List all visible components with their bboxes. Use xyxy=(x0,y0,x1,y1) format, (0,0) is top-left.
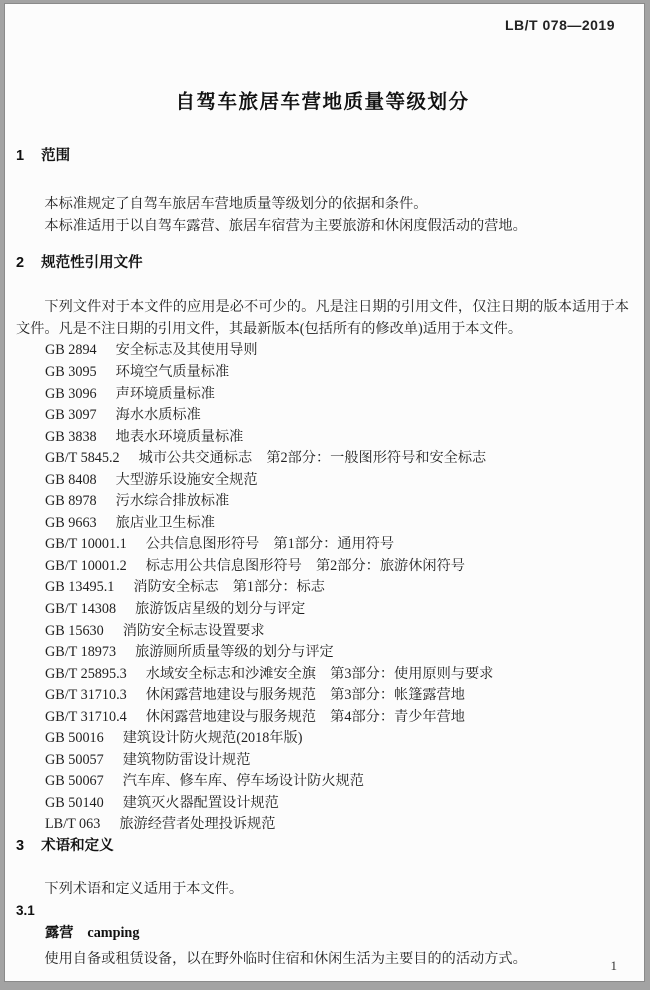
reference-code: GB/T 10001.2 xyxy=(45,556,127,578)
reference-item: GB/T 31710.4休闲露营地建设与服务规范 第4部分：青少年营地 xyxy=(16,707,629,729)
reference-title: 建筑灭火器配置设计规范 xyxy=(123,795,279,811)
section-1-heading: 1范围 xyxy=(16,148,629,164)
reference-list: GB 2894安全标志及其使用导则 GB 3095环境空气质量标准 GB 309… xyxy=(16,340,629,836)
reference-title: 安全标志及其使用导则 xyxy=(116,342,258,358)
reference-code: GB/T 5845.2 xyxy=(45,448,120,470)
reference-item: GB 13495.1消防安全标志 第1部分：标志 xyxy=(16,577,629,599)
reference-item: GB/T 25895.3水域安全标志和沙滩安全旗 第3部分：使用原则与要求 xyxy=(16,664,629,686)
reference-title: 建筑物防雷设计规范 xyxy=(123,752,251,768)
reference-title: 旅店业卫生标准 xyxy=(116,515,215,531)
section-3-heading: 3术语和定义 xyxy=(16,838,629,854)
reference-item: GB 50016建筑设计防火规范(2018年版) xyxy=(16,728,629,750)
section-1-number: 1 xyxy=(16,148,24,164)
reference-code: GB 50140 xyxy=(45,793,104,815)
reference-item: GB 3096声环境质量标准 xyxy=(16,384,629,406)
reference-code: GB/T 25895.3 xyxy=(45,664,127,686)
reference-code: GB 3095 xyxy=(45,362,97,384)
reference-title: 消防安全标志 第1部分：标志 xyxy=(133,579,325,595)
reference-code: GB 3097 xyxy=(45,405,97,427)
reference-title: 海水水质标准 xyxy=(116,407,201,423)
reference-item: GB/T 10001.2标志用公共信息图形符号 第2部分：旅游休闲符号 xyxy=(16,556,629,578)
reference-title: 汽车库、修车库、停车场设计防火规范 xyxy=(123,773,364,789)
reference-code: GB 50067 xyxy=(45,771,104,793)
page-title: 自驾车旅居车营地质量等级划分 xyxy=(16,88,629,116)
term-english: camping xyxy=(87,925,139,941)
reference-title: 休闲露营地建设与服务规范 第3部分：帐篷露营地 xyxy=(146,687,465,703)
reference-item: GB 15630消防安全标志设置要求 xyxy=(16,621,629,643)
reference-code: GB 2894 xyxy=(45,340,97,362)
reference-code: GB 8978 xyxy=(45,491,97,513)
reference-title: 休闲露营地建设与服务规范 第4部分：青少年营地 xyxy=(146,709,465,725)
term-clause-number: 3.1 xyxy=(16,903,629,919)
reference-title: 公共信息图形符号 第1部分：通用符号 xyxy=(146,536,394,552)
reference-title: 旅游饭店星级的划分与评定 xyxy=(135,601,305,617)
reference-code: GB/T 31710.4 xyxy=(45,707,127,729)
reference-title: 声环境质量标准 xyxy=(116,386,215,402)
section-1-title: 范围 xyxy=(41,148,70,164)
reference-title: 大型游乐设施安全规范 xyxy=(116,472,258,488)
reference-item: GB 8408大型游乐设施安全规范 xyxy=(16,470,629,492)
term-entry: 露营camping xyxy=(16,924,629,942)
reference-code: GB 15630 xyxy=(45,621,104,643)
reference-code: GB 3838 xyxy=(45,427,97,449)
reference-item: GB/T 31710.3休闲露营地建设与服务规范 第3部分：帐篷露营地 xyxy=(16,685,629,707)
document-page: LB/T 078—2019 自驾车旅居车营地质量等级划分 1范围 本标准规定了自… xyxy=(4,3,645,982)
reference-title: 建筑设计防火规范(2018年版) xyxy=(123,730,303,746)
reference-item: GB 50140建筑灭火器配置设计规范 xyxy=(16,793,629,815)
reference-item: GB/T 18973旅游厕所质量等级的划分与评定 xyxy=(16,642,629,664)
reference-item: GB/T 14308旅游饭店星级的划分与评定 xyxy=(16,599,629,621)
reference-code: GB 13495.1 xyxy=(45,577,114,599)
reference-code: GB/T 31710.3 xyxy=(45,685,127,707)
reference-title: 旅游厕所质量等级的划分与评定 xyxy=(135,644,334,660)
reference-item: GB/T 10001.1公共信息图形符号 第1部分：通用符号 xyxy=(16,534,629,556)
section-2-intro-paragraph: 下列文件对于本文件的应用是必不可少的。凡是注日期的引用文件，仅注日期的版本适用于… xyxy=(16,296,629,341)
reference-code: GB 50016 xyxy=(45,728,104,750)
section-3-intro-paragraph: 下列术语和定义适用于本文件。 xyxy=(16,878,629,900)
reference-title: 水域安全标志和沙滩安全旗 第3部分：使用原则与要求 xyxy=(146,666,494,682)
reference-title: 地表水环境质量标准 xyxy=(116,429,244,445)
section-2-heading: 2规范性引用文件 xyxy=(16,255,629,271)
section-2-title: 规范性引用文件 xyxy=(41,255,143,271)
reference-title: 消防安全标志设置要求 xyxy=(123,623,265,639)
reference-title: 旅游经营者处理投诉规范 xyxy=(119,816,275,832)
reference-title: 城市公共交通标志 第2部分：一般图形符号和安全标志 xyxy=(139,450,487,466)
reference-code: GB 8408 xyxy=(45,470,97,492)
reference-title: 污水综合排放标准 xyxy=(116,493,230,509)
term-chinese: 露营 xyxy=(45,925,73,941)
section-3-number: 3 xyxy=(16,838,24,854)
reference-code: GB 50057 xyxy=(45,750,104,772)
paragraph: 本标准规定了自驾车旅居车营地质量等级划分的依据和条件。 xyxy=(16,193,629,215)
reference-item: GB 50057建筑物防雷设计规范 xyxy=(16,750,629,772)
reference-item: GB 3095环境空气质量标准 xyxy=(16,362,629,384)
reference-code: LB/T 063 xyxy=(45,814,100,836)
reference-item: GB/T 5845.2城市公共交通标志 第2部分：一般图形符号和安全标志 xyxy=(16,448,629,470)
paragraph: 本标准适用于以自驾车露营、旅居车宿营为主要旅游和休闲度假活动的营地。 xyxy=(16,215,629,237)
section-2-number: 2 xyxy=(16,255,24,271)
reference-item: GB 50067汽车库、修车库、停车场设计防火规范 xyxy=(16,771,629,793)
reference-code: GB/T 18973 xyxy=(45,642,116,664)
reference-code: GB/T 14308 xyxy=(45,599,116,621)
reference-code: GB 3096 xyxy=(45,384,97,406)
term-definition: 使用自备或租赁设备，以在野外临时住宿和休闲生活为主要目的的活动方式。 xyxy=(16,948,629,970)
doc-number: LB/T 078—2019 xyxy=(16,17,629,34)
reference-title: 环境空气质量标准 xyxy=(116,364,230,380)
page-number: 1 xyxy=(611,958,618,973)
reference-item: GB 3097海水水质标准 xyxy=(16,405,629,427)
reference-item: GB 8978污水综合排放标准 xyxy=(16,491,629,513)
reference-code: GB 9663 xyxy=(45,513,97,535)
reference-item: GB 2894安全标志及其使用导则 xyxy=(16,340,629,362)
reference-item: GB 9663旅店业卫生标准 xyxy=(16,513,629,535)
reference-item: LB/T 063旅游经营者处理投诉规范 xyxy=(16,814,629,836)
reference-item: GB 3838地表水环境质量标准 xyxy=(16,427,629,449)
reference-code: GB/T 10001.1 xyxy=(45,534,127,556)
section-1-body: 本标准规定了自驾车旅居车营地质量等级划分的依据和条件。 本标准适用于以自驾车露营… xyxy=(16,193,629,238)
reference-title: 标志用公共信息图形符号 第2部分：旅游休闲符号 xyxy=(146,558,465,574)
section-3-title: 术语和定义 xyxy=(41,838,114,854)
scan-background: { "document": { "doc_number": "LB/T 078—… xyxy=(0,0,650,990)
